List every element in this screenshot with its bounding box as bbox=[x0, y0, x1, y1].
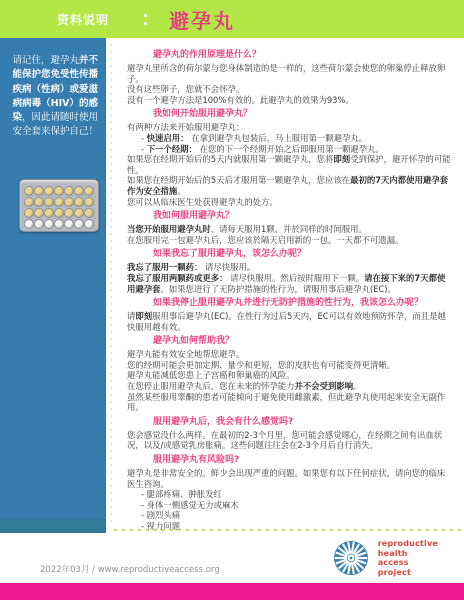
pill bbox=[25, 209, 33, 217]
pill bbox=[45, 187, 53, 195]
text: 如果您在经期开始后的5天内就服用第一颗避孕丸，您将 bbox=[127, 154, 333, 164]
pill bbox=[65, 198, 73, 206]
bold-text: 即刻 bbox=[333, 154, 350, 164]
header-bar: 资料说明 避孕丸 bbox=[0, 0, 464, 38]
pill bbox=[45, 209, 53, 217]
logo-text-line: reproductive bbox=[378, 539, 438, 549]
pill bbox=[65, 220, 73, 228]
bold-text: 下一个经期： bbox=[147, 144, 197, 154]
paragraph: 避孕丸能减低您患上子宫癌和卵巢癌的风险。 bbox=[127, 370, 452, 381]
text: 虽然某些服用睾酮的患者可能倾向于避免使用雌激素，但此避孕丸使用起来安全无副作用。 bbox=[127, 392, 445, 413]
content-section: 避孕丸的作用原理是什么？避孕丸里所含的荷尔蒙与您身体制造的是一样的，这些荷尔蒙会… bbox=[127, 50, 452, 105]
paragraph: 在您服用完一包避孕丸后，您应该於隔天启用新的一包。一天都不可遗漏。 bbox=[127, 235, 452, 246]
text: 避孕丸是非常安全的。鲜少会出现严重的问题。如果您有以下任何症状，请向您的临床医生… bbox=[127, 468, 445, 489]
text: 有两种方法来开始服用避孕丸： bbox=[127, 122, 244, 132]
text: 。如果您进行了无防护措施的性行为，请服用事后避孕丸(EC)。 bbox=[161, 284, 396, 294]
text: 在您的下一个经期开始之后即服用第一颗避孕丸。 bbox=[197, 144, 384, 154]
text: - 腿部疼痛、肿胀发红 bbox=[141, 489, 222, 499]
bold-text: 当您开始服用避孕丸时 bbox=[127, 224, 211, 234]
text: - 剧烈头痛 bbox=[141, 510, 180, 520]
bold-text: 我忘了服用两颗药或更多： bbox=[127, 273, 228, 283]
bold-text: 快速启用： bbox=[147, 133, 189, 143]
pill bbox=[55, 187, 63, 195]
bottom-accent-bar bbox=[0, 583, 464, 600]
sunburst-icon bbox=[331, 538, 371, 578]
pill bbox=[35, 198, 43, 206]
paragraph: 当您开始服用避孕丸时，请每天服用1颗，并於同样的时间服用。 bbox=[127, 224, 452, 235]
content-section: 我如何开始服用避孕丸？有两种方法来开始服用避孕丸：- 快速启用： 在拿到避孕丸包… bbox=[127, 109, 452, 207]
pill bbox=[55, 198, 63, 206]
pill bbox=[55, 209, 63, 217]
text: 在您服用完一包避孕丸后，您应该於隔天启用新的一包。一天都不可遗漏。 bbox=[127, 235, 403, 245]
pill-grid bbox=[25, 186, 93, 227]
bold-text: 我忘了服用一颗药： bbox=[127, 262, 202, 272]
paragraph: 您会感觉没什么两样。在最初的2-3个月里，您可能会感觉噁心，在经期之间有出血状况… bbox=[127, 430, 452, 451]
pill bbox=[75, 187, 83, 195]
text: 避孕丸里所含的荷尔蒙与您身体制造的是一样的，这些荷尔蒙会使您的卵巢停止释放卵子。 bbox=[127, 63, 445, 84]
page-title: 避孕丸 bbox=[169, 5, 235, 34]
section-heading: 服用避孕丸有风险吗? bbox=[153, 455, 452, 466]
bullet-item: - 剧烈头痛 bbox=[127, 510, 452, 521]
pill bbox=[45, 220, 53, 228]
text: 请尽快服用。 bbox=[202, 262, 255, 272]
logo-text-line: health bbox=[378, 549, 438, 559]
text: 您会感觉没什么两样。在最初的2-3个月里，您可能会感觉噁心，在经期之间有出血状况… bbox=[127, 430, 442, 451]
text: 。 bbox=[353, 381, 361, 391]
logo-text-line: project bbox=[378, 568, 438, 578]
text: 您可以从临床医生处获得避孕丸的处方。 bbox=[127, 197, 278, 207]
section-heading: 如果我忘了服用避孕丸，该怎么办呢？ bbox=[153, 249, 452, 260]
sections-container: 避孕丸的作用原理是什么？避孕丸里所含的荷尔蒙与您身体制造的是一样的，这些荷尔蒙会… bbox=[127, 50, 452, 553]
text: 请记住，避孕丸 bbox=[12, 55, 79, 66]
sidebar: 请记住，避孕丸并不能保护您免受性传播疾病（性病）或爱滋病病毒（HIV）的感染，因… bbox=[0, 38, 106, 519]
dotted-separator-icon bbox=[144, 14, 147, 25]
sidebar-note: 请记住，避孕丸并不能保护您免受性传播疾病（性病）或爱滋病病毒（HIV）的感染，因… bbox=[0, 38, 106, 140]
pill bbox=[25, 198, 33, 206]
pill bbox=[45, 198, 53, 206]
pill bbox=[35, 187, 43, 195]
pill bbox=[65, 209, 73, 217]
paragraph: 请即刻服用事后避孕丸(EC)。在性行为过后5天内，EC可以有效地预防怀孕，而且是… bbox=[127, 311, 452, 332]
content-section: 服用避孕丸后，我会有什么感觉吗?您会感觉没什么两样。在最初的2-3个月里，您可能… bbox=[127, 417, 452, 451]
paragraph: 避孕丸能有效安全地帮您避孕。 bbox=[127, 349, 452, 360]
section-heading: 避孕丸的作用原理是什么？ bbox=[153, 50, 452, 61]
text: 没有这些卵子，您就不会怀孕。 bbox=[127, 84, 244, 94]
text: 如果您在经期开始后的5天后才服用第一颗避孕丸，您应该在 bbox=[127, 175, 350, 185]
paragraph: 您可以从临床医生处获得避孕丸的处方。 bbox=[127, 197, 452, 208]
footer-date-url: 2022年03月 / www.reproductiveaccess.org bbox=[40, 563, 220, 575]
text: 在拿到避孕丸包装后，马上服用第一颗避孕丸。 bbox=[189, 133, 368, 143]
paragraph: 在您停止服用避孕丸后，您在未来的怀孕能力并不会受到影响。 bbox=[127, 381, 452, 392]
content-section: 如果我停止服用避孕丸并进行无防护措施的性行为，我该怎么办呢？请即刻服用事后避孕丸… bbox=[127, 298, 452, 332]
bullet-item: - 身体一侧感觉无力或麻木 bbox=[127, 500, 452, 511]
bold-text: 并不会受到影响 bbox=[295, 381, 354, 391]
bold-text: 即刻 bbox=[135, 311, 152, 321]
pill bbox=[55, 220, 63, 228]
pill bbox=[75, 198, 83, 206]
pill bbox=[25, 220, 33, 228]
logo-text-line: access bbox=[378, 558, 438, 568]
paragraph: 如果您在经期开始后的5天内就服用第一颗避孕丸，您将即刻受到保护，避开怀孕的可能性… bbox=[127, 154, 452, 175]
bullet-item: - 腿部疼痛、肿胀发红 bbox=[127, 489, 452, 500]
rhap-logo: reproductivehealthaccessproject bbox=[331, 538, 438, 578]
paragraph: 没有一个避孕方法是100%有效的。此避孕丸的效果为93%。 bbox=[127, 95, 452, 106]
paragraph: 没有这些卵子，您就不会怀孕。 bbox=[127, 84, 452, 95]
logo-text: reproductivehealthaccessproject bbox=[378, 539, 438, 577]
section-heading: 如果我停止服用避孕丸并进行无防护措施的性行为，我该怎么办呢？ bbox=[153, 298, 452, 309]
content-section: 如果我忘了服用避孕丸，该怎么办呢？我忘了服用一颗药： 请尽快服用。我忘了服用两颗… bbox=[127, 249, 452, 294]
pill-pack-image bbox=[19, 179, 99, 232]
text: - 身体一侧感觉无力或麻木 bbox=[141, 500, 239, 510]
pill bbox=[35, 209, 43, 217]
paragraph: 您的经期可能会更加定期、量少和更短，您的皮肤也有可能变得更清晰。 bbox=[127, 360, 452, 371]
doc-type-label: 资料说明 bbox=[40, 11, 126, 28]
paragraph: 避孕丸是非常安全的。鲜少会出现严重的问题。如果您有以下任何症状，请向您的临床医生… bbox=[127, 468, 452, 489]
bullet-item: - 下一个经期： 在您的下一个经期开始之后即服用第一颗避孕丸。 bbox=[127, 144, 452, 155]
sidebar-footer-bar bbox=[0, 519, 106, 533]
pill bbox=[85, 220, 93, 228]
text: 您的经期可能会更加定期、量少和更短，您的皮肤也有可能变得更清晰。 bbox=[127, 360, 395, 370]
paragraph: 虽然某些服用睾酮的患者可能倾向于避免使用雌激素，但此避孕丸使用起来安全无副作用。 bbox=[127, 392, 452, 413]
pill bbox=[25, 187, 33, 195]
pill bbox=[85, 198, 93, 206]
bullet-item: - 快速启用： 在拿到避孕丸包装后，马上服用第一颗避孕丸。 bbox=[127, 133, 452, 144]
footer-dotted-rule bbox=[114, 529, 464, 531]
pill bbox=[85, 187, 93, 195]
text: ，请每天服用1颗，并於同样的时间服用。 bbox=[211, 224, 367, 234]
paragraph: 避孕丸里所含的荷尔蒙与您身体制造的是一样的，这些荷尔蒙会使您的卵巢停止释放卵子。 bbox=[127, 63, 452, 84]
section-heading: 服用避孕丸后，我会有什么感觉吗? bbox=[153, 417, 452, 428]
pill bbox=[75, 209, 83, 217]
paragraph: 有两种方法来开始服用避孕丸： bbox=[127, 122, 452, 133]
text: ，因此请随时使用安全套来保护自己！ bbox=[12, 112, 98, 137]
text: 请尽快服用。然后按时服用下一颗。 bbox=[228, 273, 365, 283]
footer: 2022年03月 / www.reproductiveaccess.org re… bbox=[0, 533, 464, 583]
section-heading: 避孕丸如何帮助我？ bbox=[153, 336, 452, 347]
content-section: 我如何服用避孕丸？当您开始服用避孕丸时，请每天服用1颗，并於同样的时间服用。在您… bbox=[127, 211, 452, 245]
paragraph: 如果您在经期开始后的5天后才服用第一颗避孕丸，您应该在最初的7天内都使用避孕套作… bbox=[127, 175, 452, 196]
text: 避孕丸能有效安全地帮您避孕。 bbox=[127, 349, 244, 359]
text: 服用事后避孕丸(EC)。在性行为过后5天内，EC可以有效地预防怀孕，而且是越快服… bbox=[127, 311, 446, 332]
content: 避孕丸的作用原理是什么？避孕丸里所含的荷尔蒙与您身体制造的是一样的，这些荷尔蒙会… bbox=[106, 38, 464, 533]
pill bbox=[85, 209, 93, 217]
text: 。 bbox=[177, 186, 185, 196]
section-heading: 我如何开始服用避孕丸？ bbox=[153, 109, 452, 120]
section-heading: 我如何服用避孕丸？ bbox=[153, 211, 452, 222]
text: 避孕丸能减低您患上子宫癌和卵巢癌的风险。 bbox=[127, 370, 295, 380]
pill bbox=[65, 187, 73, 195]
text: 没有一个避孕方法是100%有效的。此避孕丸的效果为93%。 bbox=[127, 95, 354, 105]
paragraph: 我忘了服用两颗药或更多： 请尽快服用。然后按时服用下一颗。请在接下来的7天都使用… bbox=[127, 273, 452, 294]
content-section: 避孕丸如何帮助我？避孕丸能有效安全地帮您避孕。您的经期可能会更加定期、量少和更短… bbox=[127, 336, 452, 413]
paragraph: 我忘了服用一颗药： 请尽快服用。 bbox=[127, 262, 452, 273]
pill bbox=[75, 220, 83, 228]
pill bbox=[35, 220, 43, 228]
text: 在您停止服用避孕丸后，您在未来的怀孕能力 bbox=[127, 381, 295, 391]
